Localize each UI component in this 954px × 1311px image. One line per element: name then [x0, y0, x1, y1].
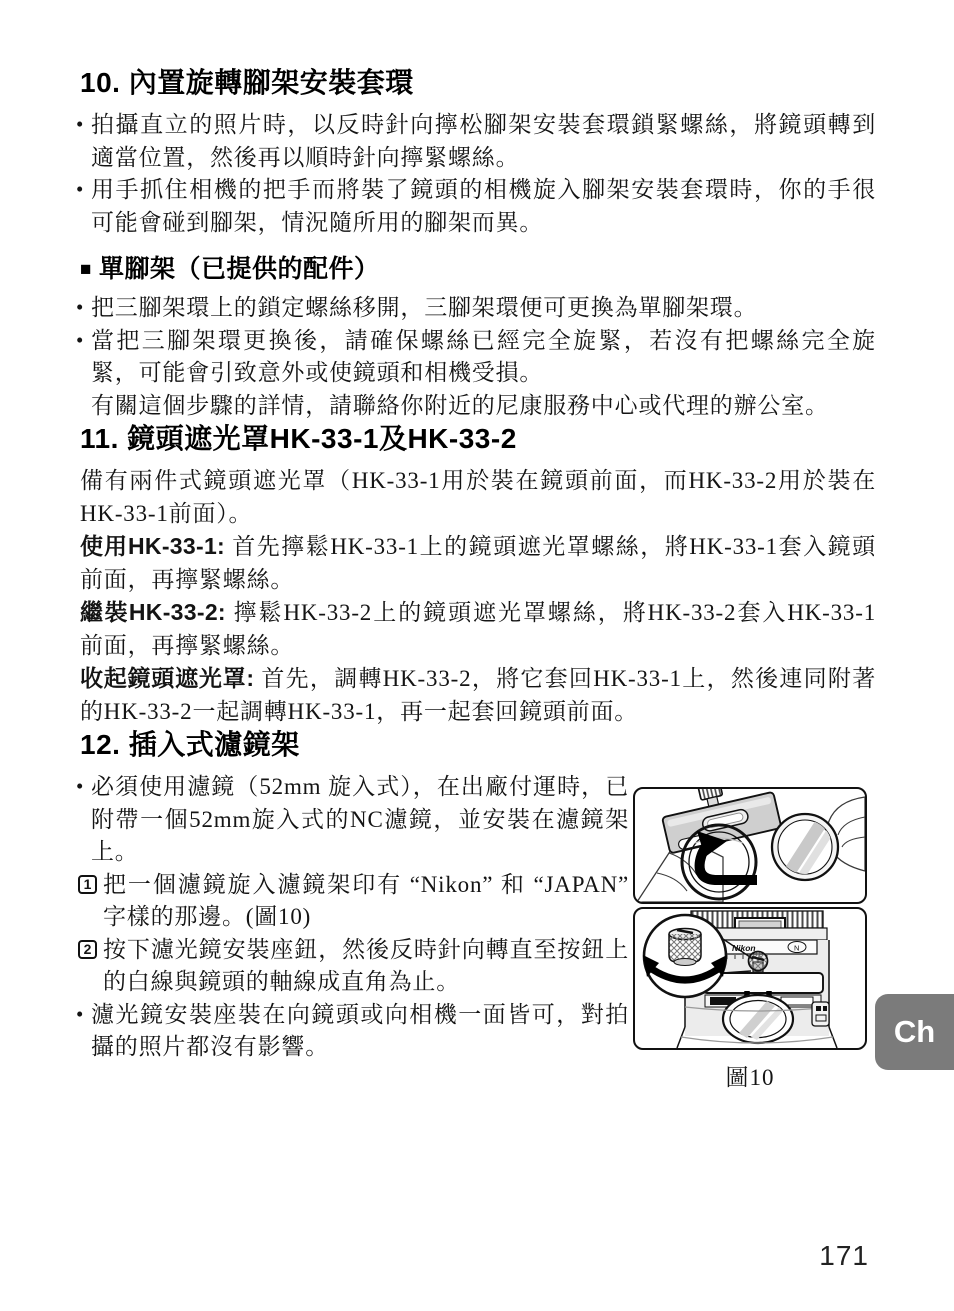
section-12-text: •必須使用濾鏡（52mm 旋入式），在出廠付運時，已附帶一個52mm旋入式的NC…	[80, 771, 629, 1064]
bullet-item: •濾光鏡安裝座裝在向鏡頭或向相機一面皆可，對拍攝的照片都沒有影響。	[80, 999, 629, 1064]
page-number: 171	[819, 1240, 869, 1272]
n-badge-label: N	[794, 944, 799, 953]
bullet-item: •拍攝直立的照片時，以反時針向擰松腳架安裝套環鎖緊螺絲，將鏡頭轉到適當位置，然後…	[80, 109, 876, 174]
bullet-item: •用手抓住相機的把手而將裝了鏡頭的相機旋入腳架安裝套環時，你的手很可能會碰到腳架…	[80, 174, 876, 239]
filter-holder-illustration	[633, 787, 867, 904]
hood-step-label: 使用HK-33-1:	[80, 533, 225, 559]
step-number-box: 2	[78, 940, 97, 959]
subheading-text: 單腳架（已提供的配件）	[99, 255, 380, 283]
figure-caption: 圖10	[633, 1059, 867, 1092]
bullet-marker: •	[76, 770, 84, 803]
monopod-note: 有關這個步驟的詳情，請聯絡你附近的尼康服務中心或代理的辦公室。	[80, 390, 876, 423]
step-number-box: 1	[78, 875, 97, 894]
section-11-heading: 11. 鏡頭遮光罩HK-33-1及HK-33-2	[80, 422, 876, 456]
numbered-step: 2 按下濾光鏡安裝座鈕，然後反時針向轉直至按鈕上的白線與鏡頭的軸線成直角為止。	[80, 934, 629, 999]
step-text: 把一個濾鏡旋入濾鏡架印有 “Nikon” 和 “JAPAN” 字樣的那邊。(圖1…	[103, 872, 629, 930]
bullet-marker: •	[76, 324, 84, 357]
monopod-subheading: ■單腳架（已提供的配件）	[80, 253, 876, 286]
square-marker-icon: ■	[80, 259, 92, 280]
bullet-item: •當把三腳架環更換後，請確保螺絲已經完全旋緊，若沒有把螺絲完全旋緊，可能會引致意…	[80, 325, 876, 390]
hood-step: 繼裝HK-33-2: 擰鬆HK-33-2上的鏡頭遮光罩螺絲，將HK-33-2套入…	[80, 596, 876, 662]
section-12-heading: 12. 插入式濾鏡架	[80, 728, 876, 762]
bullet-item: •把三腳架環上的鎖定螺絲移開，三腳架環便可更換為單腳架環。	[80, 292, 876, 325]
monopod-bullets: •把三腳架環上的鎖定螺絲移開，三腳架環便可更換為單腳架環。 •當把三腳架環更換後…	[80, 292, 876, 390]
lens-barrel-illustration: Nikon N	[633, 907, 867, 1050]
bullet-text: 把三腳架環上的鎖定螺絲移開，三腳架環便可更換為單腳架環。	[91, 295, 757, 320]
section-10-heading: 10. 內置旋轉腳架安裝套環	[80, 66, 876, 100]
filter-holder-drawing-icon	[635, 789, 865, 902]
bullet-item: •必須使用濾鏡（52mm 旋入式），在出廠付運時，已附帶一個52mm旋入式的NC…	[80, 771, 629, 869]
section-12-bullet-bottom: •濾光鏡安裝座裝在向鏡頭或向相機一面皆可，對拍攝的照片都沒有影響。	[80, 999, 629, 1064]
bullet-marker: •	[76, 291, 84, 324]
bullet-marker: •	[76, 173, 84, 206]
bullet-marker: •	[76, 998, 84, 1031]
hood-step-label: 繼裝HK-33-2:	[80, 599, 226, 625]
manual-page: 10. 內置旋轉腳架安裝套環 •拍攝直立的照片時，以反時針向擰松腳架安裝套環鎖緊…	[0, 0, 954, 1311]
section-10-bullets: •拍攝直立的照片時，以反時針向擰松腳架安裝套環鎖緊螺絲，將鏡頭轉到適當位置，然後…	[80, 109, 876, 239]
bullet-text: 當把三腳架環更換後，請確保螺絲已經完全旋緊，若沒有把螺絲完全旋緊，可能會引致意外…	[91, 328, 876, 386]
step-text: 按下濾光鏡安裝座鈕，然後反時針向轉直至按鈕上的白線與鏡頭的軸線成直角為止。	[103, 937, 629, 995]
numbered-step: 1 把一個濾鏡旋入濾鏡架印有 “Nikon” 和 “JAPAN” 字樣的那邊。(…	[80, 869, 629, 934]
figure-10: Nikon N	[633, 787, 867, 1092]
hood-step-label: 收起鏡頭遮光罩:	[80, 665, 254, 691]
section-12-bullet-top: •必須使用濾鏡（52mm 旋入式），在出廠付運時，已附帶一個52mm旋入式的NC…	[80, 771, 629, 869]
bullet-text: 必須使用濾鏡（52mm 旋入式），在出廠付運時，已附帶一個52mm旋入式的NC濾…	[91, 774, 629, 864]
language-tab-ch: Ch	[875, 994, 954, 1070]
section-11-intro: 備有兩件式鏡頭遮光罩（HK-33-1用於裝在鏡頭前面，而HK-33-2用於裝在H…	[80, 465, 876, 530]
bullet-text: 濾光鏡安裝座裝在向鏡頭或向相機一面皆可，對拍攝的照片都沒有影響。	[91, 1002, 629, 1060]
hood-step: 收起鏡頭遮光罩: 首先，調轉HK-33-2，將它套回HK-33-1上，然後連同附…	[80, 662, 876, 728]
bullet-text: 拍攝直立的照片時，以反時針向擰松腳架安裝套環鎖緊螺絲，將鏡頭轉到適當位置，然後再…	[91, 112, 876, 170]
lens-barrel-drawing-icon: Nikon N	[635, 909, 865, 1048]
hood-step: 使用HK-33-1: 首先擰鬆HK-33-1上的鏡頭遮光罩螺絲，將HK-33-1…	[80, 530, 876, 596]
bullet-text: 用手抓住相機的把手而將裝了鏡頭的相機旋入腳架安裝套環時，你的手很可能會碰到腳架，…	[91, 177, 876, 235]
bullet-marker: •	[76, 108, 84, 141]
